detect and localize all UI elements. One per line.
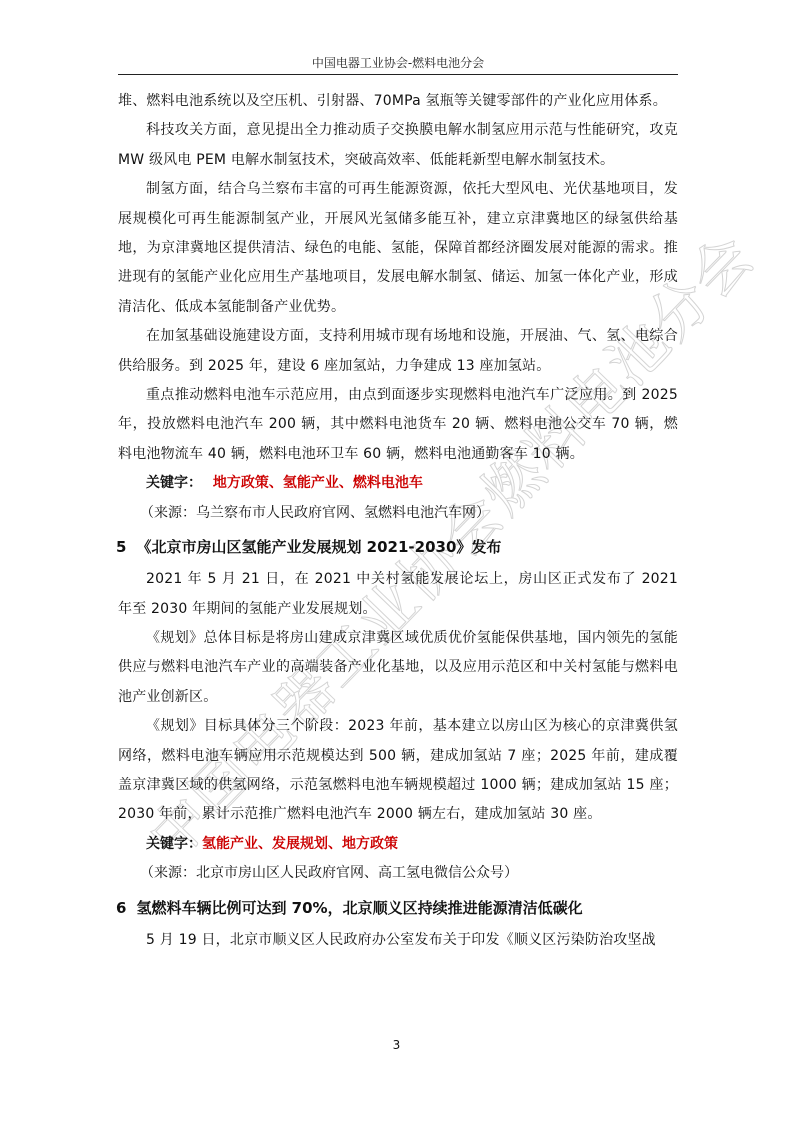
paragraph: 在加氢基础设施建设方面，支持利用城市现有场地和设施，开展油、气、氢、电综合供给服… (118, 322, 678, 381)
paragraph: 5 月 19 日，北京市顺义区人民政府办公室发布关于印发《顺义区污染防治攻坚战 (118, 926, 678, 955)
source-line: （来源：北京市房山区人民政府官网、高工氢电微信公众号） (118, 859, 678, 888)
keywords-label: 关键字： (146, 475, 202, 491)
paragraph: 《规划》总体目标是将房山建成京津冀区域优质优价氢能保供基地，国内领先的氢能供应与… (118, 624, 678, 712)
keywords-label: 关键字： (146, 836, 202, 852)
source-line: （来源：乌兰察布市人民政府官网、氢燃料电池汽车网） (118, 499, 678, 528)
paragraph: 《规划》目标具体分三个阶段：2023 年前，基本建立以房山区为核心的京津冀供氢网… (118, 712, 678, 830)
paragraph: 制氢方面，结合乌兰察布丰富的可再生能源资源，依托大型风电、光伏基地项目，发展规模… (118, 175, 678, 322)
keywords-value: 氢能产业、发展规划、地方政策 (202, 836, 398, 852)
section-number: 6 (116, 899, 126, 917)
paragraph: 科技攻关方面，意见提出全力推动质子交换膜电解水制氢应用示范与性能研究，攻克 MW… (118, 116, 678, 175)
paragraph: 重点推动燃料电池车示范应用，由点到面逐步实现燃料电池汽车广泛应用。到 2025 … (118, 381, 678, 469)
document-body: 堆、燃料电池系统以及空压机、引射器、70MPa 氢瓶等关键零部件的产业化应用体系… (118, 87, 678, 955)
section-number: 5 (116, 538, 126, 556)
section-title: 《北京市房山区氢能产业发展规划 2021-2030》发布 (136, 538, 501, 556)
page-number: 3 (0, 1038, 793, 1052)
paragraph: 堆、燃料电池系统以及空压机、引射器、70MPa 氢瓶等关键零部件的产业化应用体系… (118, 87, 678, 116)
keywords-value: 地方政策、氢能产业、燃料电池车 (213, 475, 423, 491)
header-rule (118, 74, 678, 75)
section-title: 氢燃料车辆比例可达到 70%，北京顺义区持续推进能源清洁低碳化 (136, 899, 582, 917)
page-header: 中国电器工业协会-燃料电池分会 (118, 54, 678, 71)
keywords-line: 关键字：氢能产业、发展规划、地方政策 (118, 830, 678, 859)
section-heading: 5《北京市房山区氢能产业发展规划 2021-2030》发布 (116, 532, 678, 563)
keywords-line: 关键字： 地方政策、氢能产业、燃料电池车 (118, 469, 678, 498)
section-heading: 6氢燃料车辆比例可达到 70%，北京顺义区持续推进能源清洁低碳化 (116, 893, 678, 924)
paragraph: 2021 年 5 月 21 日，在 2021 中关村氢能发展论坛上，房山区正式发… (118, 565, 678, 624)
